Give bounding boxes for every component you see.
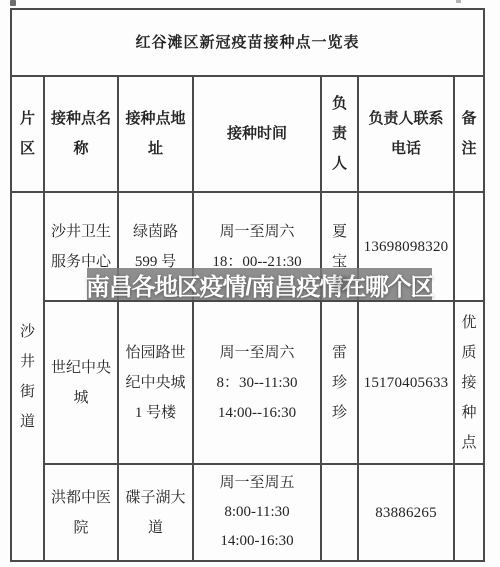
- header-site-address: 接种点地 址: [118, 76, 193, 192]
- table-row: 世纪中央 城 怡园路世 纪中央城 1 号楼 周一至周六 8：30--11:30 …: [11, 301, 484, 464]
- photo-artifact-speck: [10, 0, 16, 6]
- cell-time: 周一至周六 8：30--11:30 14:00--16:30: [193, 301, 321, 464]
- page-root: 红谷滩区新冠疫苗接种点一览表 片 区 接种点名 称 接种点地 址 接种时间 负 …: [0, 0, 500, 567]
- cell-manager: 雷 珍 珍: [321, 301, 358, 464]
- table-row: 洪都中医 院 碟子湖大 道 周一至周五 8:00-11:30 14:00-16:…: [11, 464, 484, 561]
- cell-phone: 83886265: [358, 464, 454, 561]
- cell-site-name: 世纪中央 城: [44, 301, 118, 464]
- watermark-banner: 南昌各地区疫情/南昌疫情在哪个区: [87, 268, 432, 300]
- header-district: 片 区: [11, 76, 44, 192]
- cell-site-name: 洪都中医 院: [44, 464, 118, 561]
- cell-phone: 15170405633: [358, 301, 454, 464]
- photo-artifact-tick: [456, 0, 461, 3]
- cell-remark: [454, 464, 484, 561]
- watermark-banner-text: 南昌各地区疫情/南昌疫情在哪个区: [86, 267, 433, 302]
- cell-time: 周一至周五 8:00-11:30 14:00-16:30: [193, 464, 321, 561]
- header-remark: 备 注: [454, 76, 484, 192]
- header-site-name: 接种点名 称: [44, 76, 118, 192]
- table-title: 红谷滩区新冠疫苗接种点一览表: [11, 9, 484, 76]
- header-manager: 负 责 人: [321, 76, 358, 192]
- obscured-text-smudge: [334, 276, 348, 292]
- cell-site-address: 碟子湖大 道: [118, 464, 193, 561]
- cell-remark: [454, 192, 484, 301]
- cell-remark: 优 质 接 种 点: [454, 301, 484, 464]
- cell-manager: [321, 464, 358, 561]
- cell-district-group: 沙 井 街 道: [11, 192, 44, 561]
- cell-site-address: 怡园路世 纪中央城 1 号楼: [118, 301, 193, 464]
- header-time: 接种时间: [193, 76, 321, 192]
- header-manager-phone: 负责人联系 电话: [358, 76, 454, 192]
